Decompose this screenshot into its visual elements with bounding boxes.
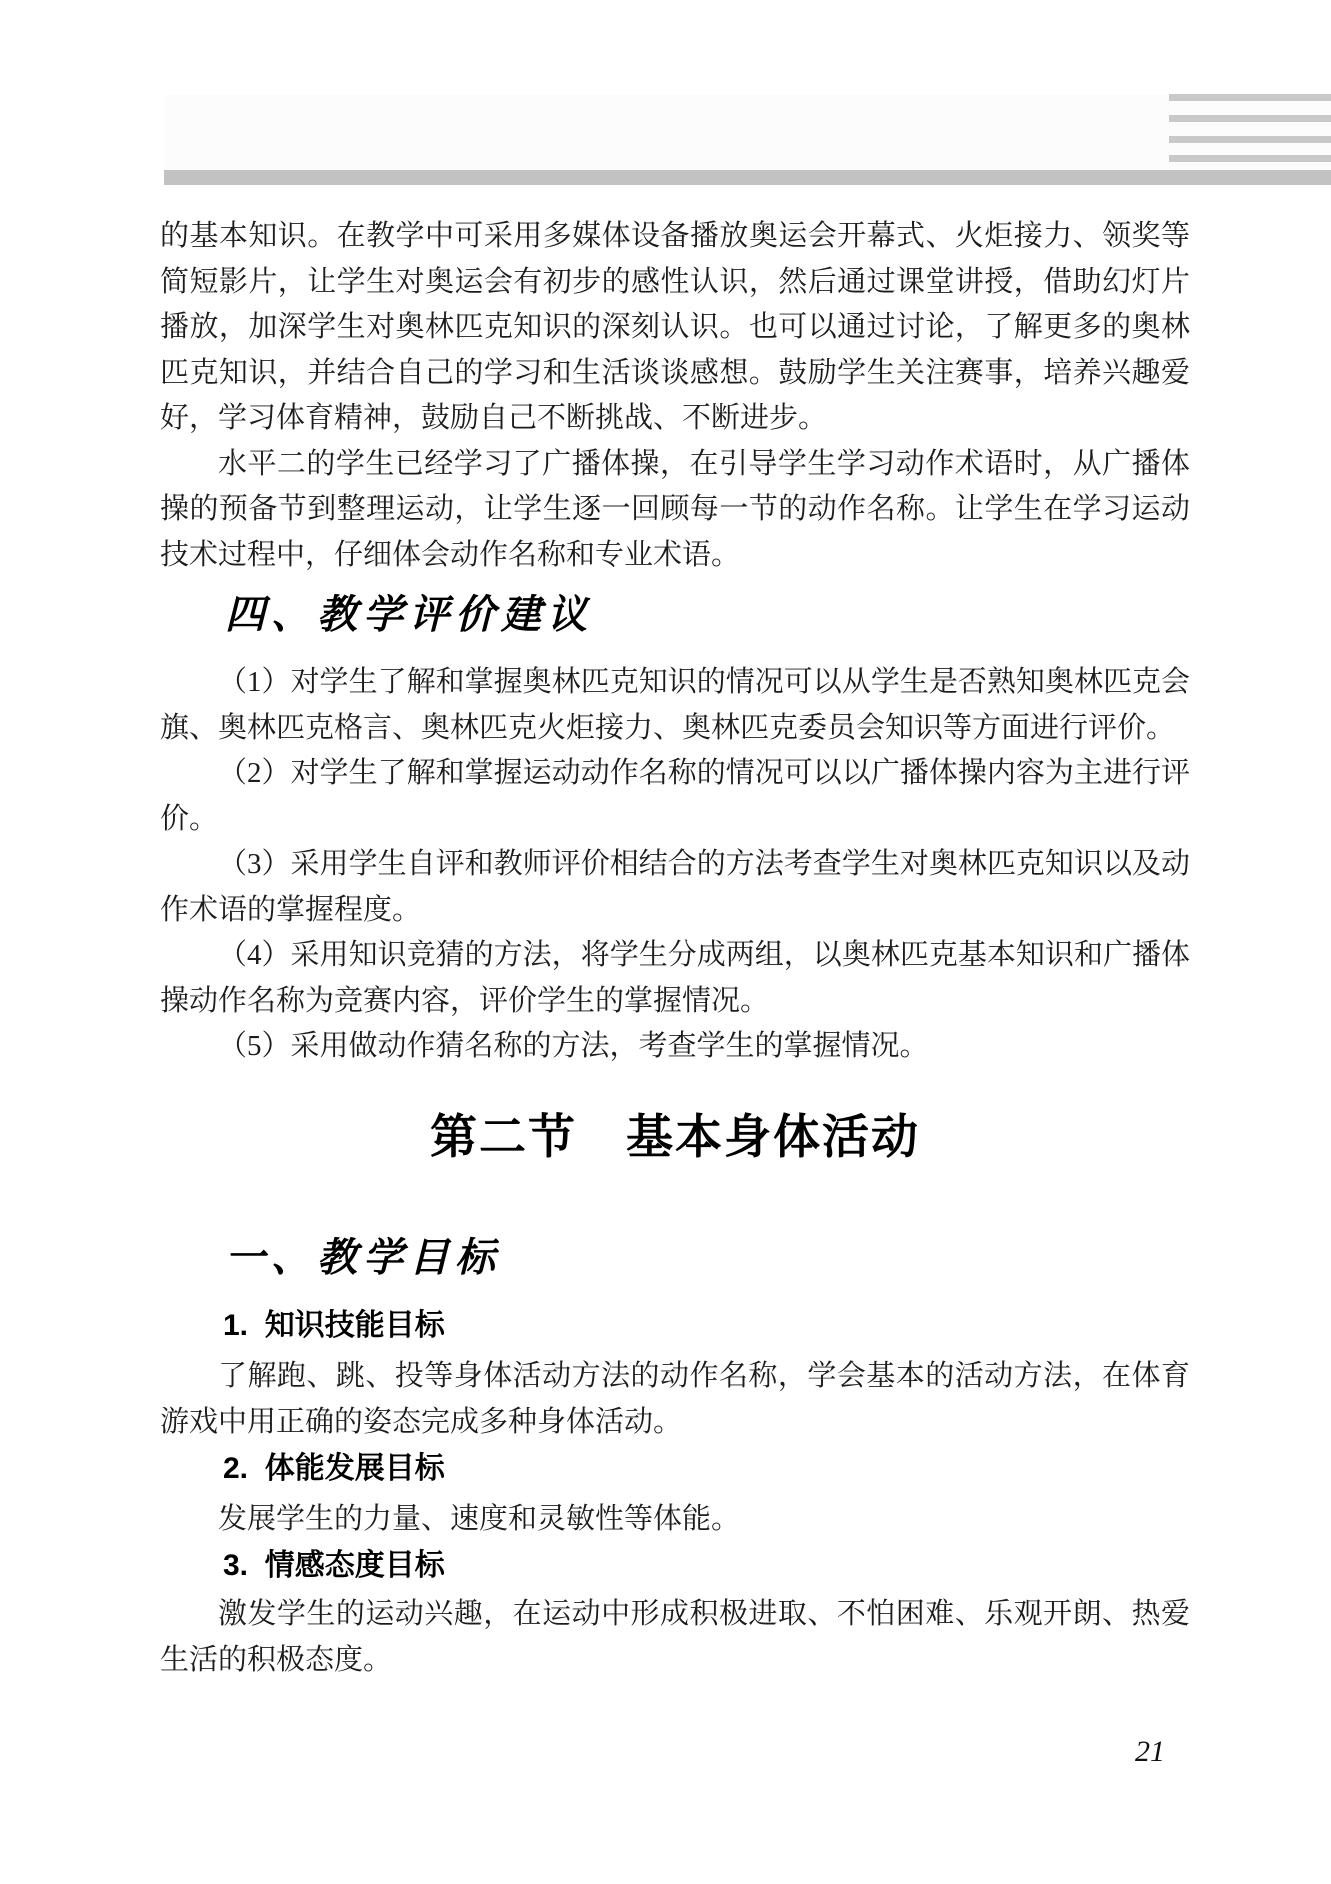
header-stripe-3 xyxy=(1169,136,1331,143)
paragraph-olympic-knowledge: 的基本知识。在教学中可采用多媒体设备播放奥运会开幕式、火炬接力、领奖等简短影片，… xyxy=(160,214,1190,442)
heading-teaching-evaluation-suggestions: 四、教学评价建议 xyxy=(225,591,593,639)
evaluation-item-2: （2）对学生了解和掌握运动动作名称的情况可以以广播体操内容为主进行评价。 xyxy=(160,751,1190,842)
page-number: 21 xyxy=(160,1734,1165,1770)
document-page: 的基本知识。在教学中可采用多媒体设备播放奥运会开幕式、火炬接力、领奖等简短影片，… xyxy=(0,0,1331,1884)
evaluation-item-5: （5）采用做动作猜名称的方法，考查学生的掌握情况。 xyxy=(160,1024,1190,1070)
header-band-light xyxy=(164,95,1331,171)
heading-teaching-goals: 一、教学目标 xyxy=(225,1234,501,1282)
header-stripe-4 xyxy=(1169,155,1331,162)
paragraph-emotional-attitude-goal: 激发学生的运动兴趣，在运动中形成积极进取、不怕困难、乐观开朗、热爱生活的积极态度… xyxy=(160,1592,1190,1683)
opening-paragraphs: 的基本知识。在教学中可采用多媒体设备播放奥运会开幕式、火炬接力、领奖等简短影片，… xyxy=(160,214,1190,578)
header-band-dark xyxy=(164,170,1331,185)
section-title-basic-body-activities: 第二节 基本身体活动 xyxy=(160,1106,1190,1170)
paragraph-level2-students: 水平二的学生已经学习了广播体操，在引导学生学习动作术语时，从广播体操的预备节到整… xyxy=(160,442,1190,579)
evaluation-items-list: （1）对学生了解和掌握奥林匹克知识的情况可以从学生是否熟知奥林匹克会旗、奥林匹克… xyxy=(160,660,1190,1070)
evaluation-item-4: （4）采用知识竞猜的方法，将学生分成两组，以奥林匹克基本知识和广播体操动作名称为… xyxy=(160,933,1190,1024)
paragraph-knowledge-skill-goal: 了解跑、跳、投等身体活动方法的动作名称，学会基本的活动方法，在体育游戏中用正确的… xyxy=(160,1354,1190,1445)
evaluation-item-1: （1）对学生了解和掌握奥林匹克知识的情况可以从学生是否熟知奥林匹克会旗、奥林匹克… xyxy=(160,660,1190,751)
subheading-fitness-development-goal: 2. 体能发展目标 xyxy=(223,1449,445,1489)
paragraph-fitness-development-goal: 发展学生的力量、速度和灵敏性等体能。 xyxy=(160,1497,1190,1543)
evaluation-item-3: （3）采用学生自评和教师评价相结合的方法考查学生对奥林匹克知识以及动作术语的掌握… xyxy=(160,842,1190,933)
header-stripe-2 xyxy=(1169,115,1331,122)
subheading-emotional-attitude-goal: 3. 情感态度目标 xyxy=(223,1546,445,1586)
header-stripe-1 xyxy=(1169,94,1331,101)
subheading-knowledge-skill-goal: 1. 知识技能目标 xyxy=(223,1306,445,1346)
